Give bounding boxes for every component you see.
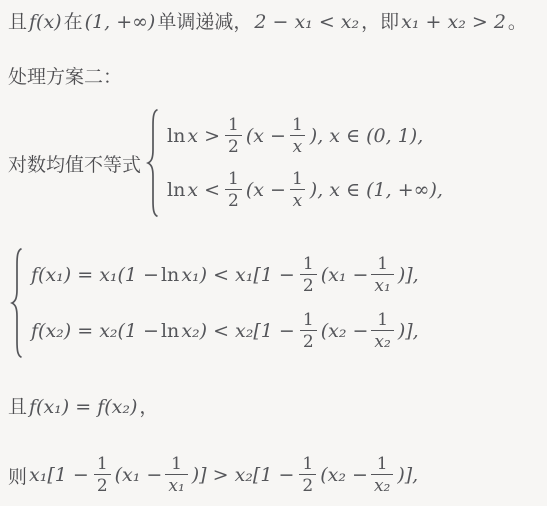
math-text: f(x₁) = f(x₂): [29, 396, 137, 418]
system-inequalities-block: f(x₁) = x₁(1 − ln x₁) < x₁[1 − 1 2 (x₁ −…: [10, 247, 423, 359]
fraction-numerator: 1: [289, 115, 306, 135]
math-text: x₁) < x₁[1 −: [181, 264, 295, 286]
math-function: ln: [167, 125, 185, 147]
fraction-denominator: 2: [225, 135, 242, 157]
math-text: x₂) < x₂[1 −: [181, 320, 295, 342]
fraction-one-half: 1 2: [225, 115, 242, 158]
math-text: )],: [397, 464, 418, 486]
math-text: f(x₂) = x₂(1 −: [31, 320, 159, 342]
system-rows: f(x₁) = x₁(1 − ln x₁) < x₁[1 − 1 2 (x₁ −…: [31, 247, 423, 359]
paragraph-final-inequality: 则 x₁[1 − 1 2 (x₁ − 1 x₁ )] > x₂[1 − 1 2 …: [8, 447, 422, 503]
cjk-text: 单调递减，: [157, 7, 252, 34]
math-text: x₁ + x₂ > 2: [401, 11, 506, 33]
fraction-one-over-x2: 1 x₂: [371, 454, 393, 497]
fraction-one-over-x1: 1 x₁: [371, 254, 393, 297]
math-text: )],: [398, 264, 419, 286]
system-row-1: f(x₁) = x₁(1 − ln x₁) < x₁[1 − 1 2 (x₁ −…: [31, 247, 423, 303]
fraction-denominator: x₂: [371, 330, 393, 352]
fraction-numerator: 1: [225, 169, 242, 189]
math-text: (x −: [246, 125, 286, 147]
fraction-numerator: 1: [374, 454, 391, 474]
fraction-denominator: x₂: [371, 474, 393, 496]
cjk-text: ，即: [361, 7, 399, 34]
math-text: )],: [398, 320, 419, 342]
math-text: (x −: [246, 179, 286, 201]
math-text: (x₂ −: [321, 320, 369, 342]
cjk-text: 在: [64, 7, 83, 34]
system-row-2: f(x₂) = x₂(1 − ln x₂) < x₂[1 − 1 2 (x₂ −…: [31, 303, 423, 359]
math-function: ln: [161, 320, 179, 342]
fraction-numerator: 1: [300, 310, 317, 330]
fraction-one-half: 1 2: [299, 454, 316, 497]
fraction-numerator: 1: [374, 310, 391, 330]
cjk-text: 且: [8, 7, 27, 34]
cjk-text: 。: [508, 7, 527, 34]
fraction-one-over-x1: 1 x₁: [165, 454, 187, 497]
math-text: x >: [187, 125, 220, 147]
fraction-denominator: 2: [225, 189, 242, 211]
math-text: (x₂ −: [320, 464, 368, 486]
math-text: )] > x₂[1 −: [192, 464, 295, 486]
fraction-denominator: x: [290, 189, 306, 211]
log-mean-inequality-label: 对数均值不等式: [8, 150, 141, 177]
fraction-numerator: 1: [225, 115, 242, 135]
fraction-one-half: 1 2: [300, 310, 317, 353]
fraction-numerator: 1: [374, 254, 391, 274]
cjk-text: ，: [139, 392, 158, 419]
inequality-row-1: ln x > 1 2 (x − 1 x ), x ∈ (0, 1),: [167, 109, 447, 163]
fraction-one-half: 1 2: [94, 454, 111, 497]
math-text: ), x ∈ (1, +∞),: [310, 179, 443, 201]
inequality-row-2: ln x < 1 2 (x − 1 x ), x ∈ (1, +∞),: [167, 163, 447, 217]
heading-method-two: 处理方案二：: [8, 62, 122, 89]
math-text: (x₁ −: [321, 264, 369, 286]
math-text: x₁[1 −: [29, 464, 89, 486]
left-brace-icon: [10, 247, 24, 359]
fraction-numerator: 1: [300, 254, 317, 274]
fraction-one-half: 1 2: [225, 169, 242, 212]
fraction-denominator: x₁: [371, 274, 393, 296]
fraction-one-over-x2: 1 x₂: [371, 310, 393, 353]
fraction-denominator: 2: [300, 274, 317, 296]
math-text: x <: [187, 179, 220, 201]
fraction-denominator: 2: [299, 474, 316, 496]
fraction-one-over-x: 1 x: [289, 115, 306, 158]
cjk-text: 且: [8, 392, 27, 419]
math-function: ln: [167, 179, 185, 201]
fraction-numerator: 1: [168, 454, 185, 474]
math-text: 2 − x₁ < x₂: [254, 11, 359, 33]
fraction-numerator: 1: [289, 169, 306, 189]
math-document-page: 且 f(x) 在 (1, +∞) 单调递减， 2 − x₁ < x₂ ，即 x₁…: [0, 0, 547, 506]
log-mean-inequality-block: 对数均值不等式 ln x > 1 2 (x − 1 x ), x ∈ (0, 1…: [8, 108, 447, 218]
cjk-text: 则: [8, 462, 27, 489]
fraction-numerator: 1: [299, 454, 316, 474]
math-text: ), x ∈ (0, 1),: [310, 125, 423, 147]
paragraph-monotonic-conclusion: 且 f(x) 在 (1, +∞) 单调递减， 2 − x₁ < x₂ ，即 x₁…: [8, 7, 529, 34]
math-text: (x₁ −: [115, 464, 163, 486]
fraction-one-half: 1 2: [300, 254, 317, 297]
inequality-rows: ln x > 1 2 (x − 1 x ), x ∈ (0, 1), ln x …: [167, 109, 447, 217]
fraction-denominator: 2: [300, 330, 317, 352]
math-text: f(x): [29, 11, 62, 33]
math-function: ln: [161, 264, 179, 286]
math-text: (1, +∞): [85, 11, 156, 33]
fraction-denominator: 2: [94, 474, 111, 496]
fraction-denominator: x: [290, 135, 306, 157]
fraction-numerator: 1: [94, 454, 111, 474]
math-text: f(x₁) = x₁(1 −: [31, 264, 159, 286]
fraction-one-over-x: 1 x: [289, 169, 306, 212]
fraction-denominator: x₁: [165, 474, 187, 496]
left-brace-icon: [146, 108, 160, 218]
paragraph-equal-values: 且 f(x₁) = f(x₂) ，: [8, 392, 160, 419]
